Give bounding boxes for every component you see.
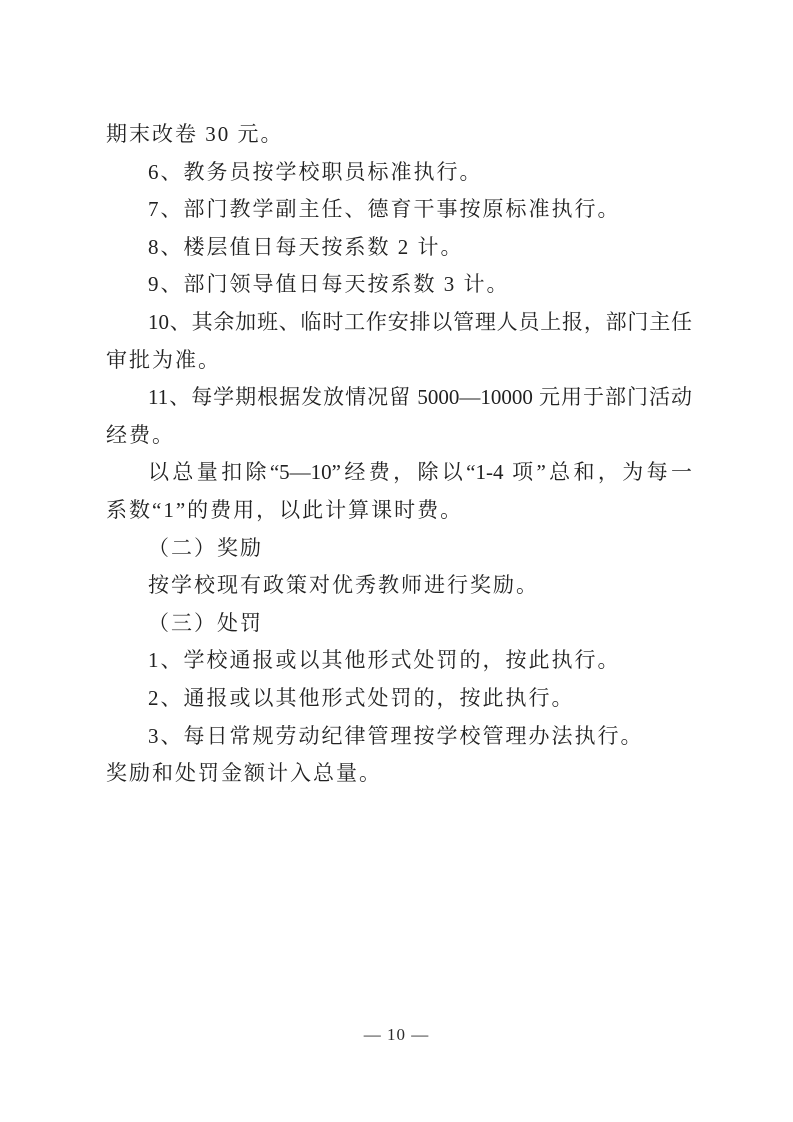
text-line: 按学校现有政策对优秀教师进行奖励。 [106, 567, 692, 605]
text-line: 期末改卷 30 元。 [106, 116, 692, 154]
text-line: 11、每学期根据发放情况留 5000—10000 元用于部门活动 [106, 379, 692, 417]
text-line: 系数“1”的费用，以此计算课时费。 [106, 492, 692, 530]
text-line: 10、其余加班、临时工作安排以管理人员上报，部门主任 [106, 304, 692, 342]
text-line: 3、每日常规劳动纪律管理按学校管理办法执行。 [106, 718, 692, 756]
document-body: 期末改卷 30 元。6、教务员按学校职员标准执行。7、部门教学副主任、德育干事按… [106, 116, 692, 793]
text-line: 7、部门教学副主任、德育干事按原标准执行。 [106, 191, 692, 229]
document-page: 期末改卷 30 元。6、教务员按学校职员标准执行。7、部门教学副主任、德育干事按… [0, 0, 793, 1122]
text-line: 9、部门领导值日每天按系数 3 计。 [106, 266, 692, 304]
text-line: 1、学校通报或以其他形式处罚的，按此执行。 [106, 642, 692, 680]
text-line: 8、楼层值日每天按系数 2 计。 [106, 229, 692, 267]
page-number-footer: — 10 — [0, 1024, 793, 1046]
text-line: 6、教务员按学校职员标准执行。 [106, 154, 692, 192]
text-line: 经费。 [106, 417, 692, 455]
text-line: 奖励和处罚金额计入总量。 [106, 755, 692, 793]
text-line: 审批为准。 [106, 342, 692, 380]
text-line: （二）奖励 [106, 530, 692, 568]
text-line: （三）处罚 [106, 605, 692, 643]
text-line: 以总量扣除“5—10”经费，除以“1-4 项”总和，为每一 [106, 454, 692, 492]
text-line: 2、通报或以其他形式处罚的，按此执行。 [106, 680, 692, 718]
